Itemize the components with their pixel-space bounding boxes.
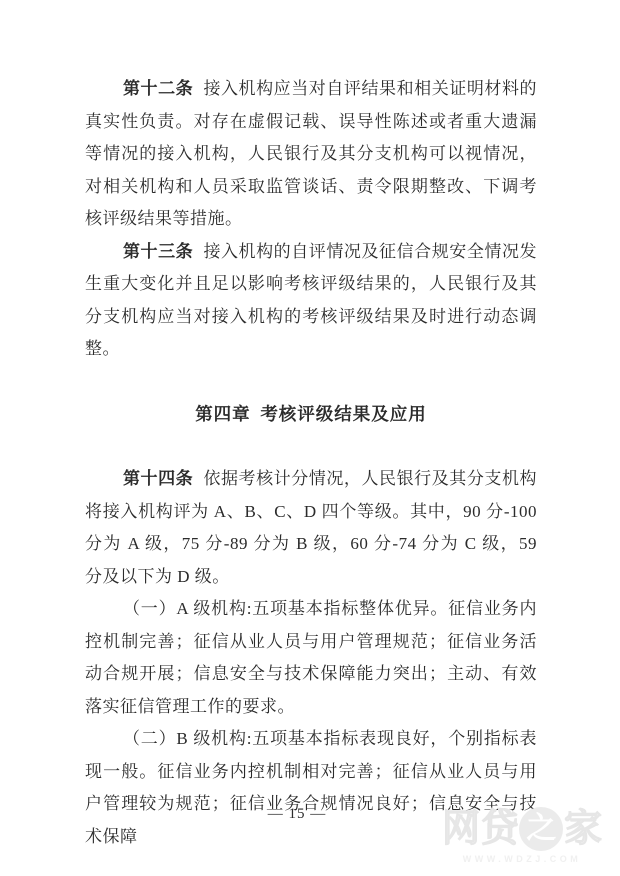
watermark-char-dai: 贷 <box>481 806 519 852</box>
watermark-url: WWW.WDZJ.COM <box>442 854 602 864</box>
watermark-logo: 网 贷 之 家 WWW.WDZJ.COM <box>442 806 602 864</box>
watermark-char-jia: 家 <box>564 806 602 852</box>
chapter-title: 考核评级结果及应用 <box>260 404 427 424</box>
watermark-characters: 网 贷 之 家 <box>442 806 602 852</box>
article-14-paragraph: 第十四条依据考核计分情况，人民银行及其分支机构将接入机构评为 A、B、C、D 四… <box>85 463 537 593</box>
document-page: 第十二条接入机构应当对自评结果和相关证明材料的真实性负责。对存在虚假记载、误导性… <box>0 0 620 876</box>
grade-a-item-paragraph: （一）A 级机构:五项基本指标整体优异。征信业务内控机制完善；征信从业人员与用户… <box>85 593 537 723</box>
article-12-paragraph: 第十二条接入机构应当对自评结果和相关证明材料的真实性负责。对存在虚假记载、误导性… <box>85 73 537 236</box>
article-14-label: 第十四条 <box>123 469 193 488</box>
chapter-heading: 第四章考核评级结果及应用 <box>85 398 537 431</box>
article-13-paragraph: 第十三条接入机构的自评情况及征信合规安全情况发生重大变化并且足以影响考核评级结果… <box>85 236 537 366</box>
article-12-text: 接入机构应当对自评结果和相关证明材料的真实性负责。对存在虚假记载、误导性陈述或者… <box>85 79 537 228</box>
article-12-label: 第十二条 <box>123 79 193 98</box>
watermark-char-zhi-circle: 之 <box>519 807 563 851</box>
document-content: 第十二条接入机构应当对自评结果和相关证明材料的真实性负责。对存在虚假记载、误导性… <box>85 0 537 853</box>
grade-a-item-text: （一）A 级机构:五项基本指标整体优异。征信业务内控机制完善；征信从业人员与用户… <box>85 599 537 716</box>
chapter-number: 第四章 <box>195 404 251 424</box>
article-13-label: 第十三条 <box>123 242 193 261</box>
watermark-char-wang: 网 <box>442 806 480 852</box>
